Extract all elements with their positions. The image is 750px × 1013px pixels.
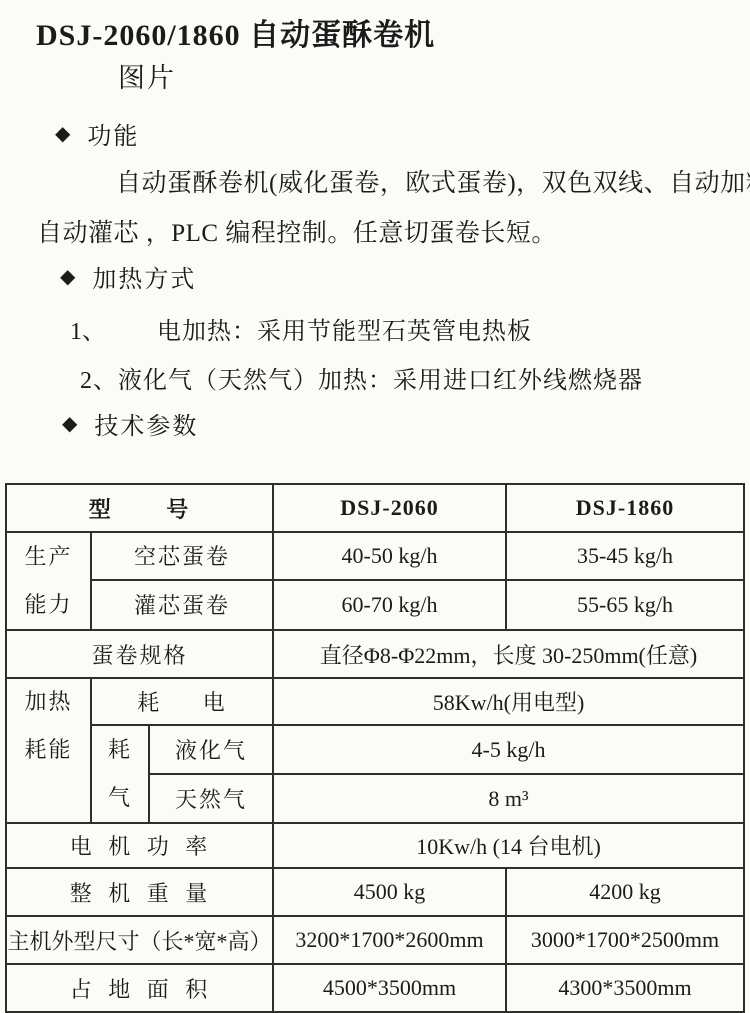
heating-item-1-text: 电加热：采用节能型石英管电热板 <box>157 311 532 346</box>
features-heading-label: 功能 <box>87 116 139 151</box>
heating-energy-group-cell: 加热 耗能 <box>6 678 91 823</box>
specs-heading-label: 技术参数 <box>94 406 198 441</box>
table-row-lpg: 耗 气 液化气 4-5 kg/h <box>6 725 744 774</box>
hollow-roll-dsj2060-cell: 40-50 kg/h <box>273 532 506 580</box>
production-group-line2: 能力 <box>24 590 72 620</box>
gas-group-cell: 耗 气 <box>91 725 149 823</box>
lpg-value-cell: 4-5 kg/h <box>273 725 744 774</box>
section-heating-heading: ◆ 加热方式 <box>60 259 196 294</box>
page-title: DSJ-2060/1860 自动蛋酥卷机 <box>36 10 435 54</box>
electric-label-cell: 耗 电 <box>91 678 273 725</box>
production-capacity-group-cell: 生产 能力 <box>6 532 91 630</box>
heating-item-1: 1、 电加热：采用节能型石英管电热板 <box>70 311 532 346</box>
table-row-footprint: 占 地 面 积 4500*3500mm 4300*3500mm <box>6 964 744 1012</box>
electric-value-cell: 58Kw/h(用电型) <box>273 678 744 725</box>
dimensions-label-cell: 主机外型尺寸（长*宽*高） <box>6 916 273 964</box>
natural-gas-value-cell: 8 m³ <box>273 774 744 823</box>
energy-group-line2: 耗能 <box>24 735 72 765</box>
gas-group-line2: 气 <box>108 783 132 813</box>
filled-roll-dsj2060-cell: 60-70 kg/h <box>273 580 506 630</box>
table-row-machine-weight: 整 机 重 量 4500 kg 4200 kg <box>6 868 744 916</box>
hollow-roll-dsj1860-cell: 35-45 kg/h <box>506 532 744 580</box>
model-header-cell: 型 号 <box>6 484 273 532</box>
machine-weight-dsj2060-cell: 4500 kg <box>273 868 506 916</box>
table-row-filled-roll: 灌芯蛋卷 60-70 kg/h 55-65 kg/h <box>6 580 744 630</box>
roll-spec-value-cell: 直径Φ8-Φ22mm，长度 30-250mm(任意) <box>273 630 744 678</box>
diamond-bullet-icon: ◆ <box>60 267 75 287</box>
table-row-header: 型 号 DSJ-2060 DSJ-1860 <box>6 484 744 532</box>
gas-group-line1: 耗 <box>108 735 132 765</box>
image-caption: 图片 <box>118 56 176 95</box>
lpg-label-cell: 液化气 <box>149 725 273 774</box>
heating-heading-label: 加热方式 <box>92 259 196 294</box>
filled-roll-dsj1860-cell: 55-65 kg/h <box>506 580 744 630</box>
features-paragraph-line2: 自动灌芯 ，PLC 编程控制。任意切蛋卷长短。 <box>37 213 557 249</box>
diamond-bullet-icon: ◆ <box>55 124 70 144</box>
footprint-dsj2060-cell: 4500*3500mm <box>273 964 506 1012</box>
heating-item-2-text: 液化气（天然气）加热：采用进口红外线燃烧器 <box>118 360 643 395</box>
table-row-hollow-roll: 生产 能力 空芯蛋卷 40-50 kg/h 35-45 kg/h <box>6 532 744 580</box>
dimensions-dsj2060-cell: 3200*1700*2600mm <box>273 916 506 964</box>
motor-power-label-cell: 电 机 功 率 <box>6 823 273 868</box>
diamond-bullet-icon: ◆ <box>62 414 77 434</box>
footprint-label-cell: 占 地 面 积 <box>6 964 273 1012</box>
machine-weight-label-cell: 整 机 重 量 <box>6 868 273 916</box>
section-specs-heading: ◆ 技术参数 <box>62 406 198 441</box>
heating-item-2-number: 2、 <box>80 360 118 395</box>
document-page: DSJ-2060/1860 自动蛋酥卷机 图片 ◆ 功能 自动蛋酥卷机(威化蛋卷… <box>0 0 750 1013</box>
filled-roll-label-cell: 灌芯蛋卷 <box>91 580 273 630</box>
natural-gas-label-cell: 天然气 <box>149 774 273 823</box>
dsj2060-header-cell: DSJ-2060 <box>273 484 506 532</box>
spec-table: 型 号 DSJ-2060 DSJ-1860 生产 能力 空芯蛋卷 40-50 k… <box>5 483 745 1013</box>
roll-spec-label-cell: 蛋卷规格 <box>6 630 273 678</box>
dsj1860-header-cell: DSJ-1860 <box>506 484 744 532</box>
features-paragraph-line1: 自动蛋酥卷机(威化蛋卷，欧式蛋卷)，双色双线、自动加料、 <box>116 163 750 199</box>
table-row-roll-spec: 蛋卷规格 直径Φ8-Φ22mm，长度 30-250mm(任意) <box>6 630 744 678</box>
table-row-electric: 加热 耗能 耗 电 58Kw/h(用电型) <box>6 678 744 725</box>
hollow-roll-label-cell: 空芯蛋卷 <box>91 532 273 580</box>
energy-group-line1: 加热 <box>24 687 72 717</box>
heating-item-2: 2、 液化气（天然气）加热：采用进口红外线燃烧器 <box>80 360 643 395</box>
dimensions-dsj1860-cell: 3000*1700*2500mm <box>506 916 744 964</box>
machine-weight-dsj1860-cell: 4200 kg <box>506 868 744 916</box>
motor-power-value-cell: 10Kw/h (14 台电机) <box>273 823 744 868</box>
table-row-dimensions: 主机外型尺寸（长*宽*高） 3200*1700*2600mm 3000*1700… <box>6 916 744 964</box>
section-features-heading: ◆ 功能 <box>55 116 139 151</box>
table-row-motor-power: 电 机 功 率 10Kw/h (14 台电机) <box>6 823 744 868</box>
footprint-dsj1860-cell: 4300*3500mm <box>506 964 744 1012</box>
heating-item-1-number: 1、 <box>70 311 157 346</box>
production-group-line1: 生产 <box>24 542 72 572</box>
